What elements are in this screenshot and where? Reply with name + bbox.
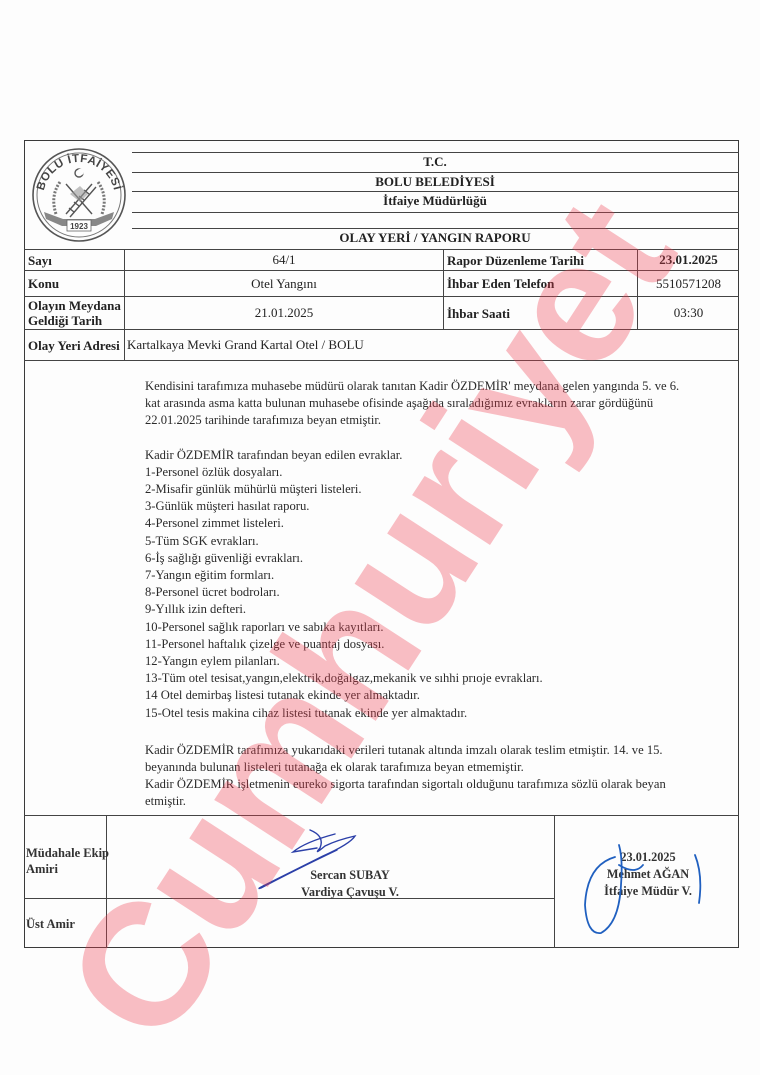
list-item: 3-Günlük müşteri hasılat raporu. (145, 498, 730, 515)
closing-line: etmiştir. (145, 793, 730, 810)
signer-left-name: Sercan SUBAY (250, 867, 450, 884)
label-olay-tarihi-line2: Geldiği Tarih (28, 313, 102, 328)
list-item: 4-Personel zimmet listeleri. (145, 515, 730, 532)
value-rapor-tarihi: 23.01.2025 (638, 250, 739, 270)
label-line: Müdahale Ekip (26, 845, 109, 861)
label-line: Amiri (26, 861, 109, 877)
value-ihbar-saati: 03:30 (638, 297, 739, 329)
label-rapor-tarihi: Rapor Düzenleme Tarihi (444, 250, 637, 270)
list-item: 7-Yangın eğitim formları. (145, 567, 730, 584)
svg-text:1923: 1923 (70, 222, 88, 231)
list-item: 2-Misafir günlük mühürlü müşteri listele… (145, 481, 730, 498)
label-sayi: Sayı (25, 250, 124, 270)
header-rule (132, 228, 739, 229)
label-konu: Konu (25, 271, 124, 296)
label-ust-amir: Üst Amir (26, 916, 75, 932)
list-item: 5-Tüm SGK evrakları. (145, 533, 730, 550)
label-ihbar-saati: İhbar Saati (444, 297, 637, 329)
header-rule (132, 152, 739, 153)
list-item: 14 Otel demirbaş listesi tutanak ekinde … (145, 687, 730, 704)
report-title: OLAY YERİ / YANGIN RAPORU (130, 230, 740, 246)
value-ihbar-telefon: 5510571208 (638, 271, 739, 296)
signature-col-divider (554, 815, 555, 948)
list-item: 13-Tüm otel tesisat,yangın,elektrik,doğa… (145, 670, 730, 687)
signature-top-rule (24, 815, 739, 816)
list-item: 9-Yıllık izin defteri. (145, 601, 730, 618)
header-tc: T.C. (130, 154, 740, 170)
value-konu: Otel Yangını (125, 271, 443, 296)
signature-col-divider (106, 815, 107, 948)
closing-line: Kadir ÖZDEMİR tarafımıza yukarıdaki veri… (145, 742, 730, 759)
intro-line: kat arasında asma katta bulunan muhasebe… (145, 395, 730, 412)
header-municipality: BOLU BELEDİYESİ (130, 174, 740, 190)
value-olay-tarihi: 21.01.2025 (125, 297, 443, 329)
label-mudahale-ekip-amiri: Müdahale Ekip Amiri (26, 845, 109, 877)
header-department: İtfaiye Müdürlüğü (130, 193, 740, 209)
table-rule (24, 360, 739, 361)
list-title: Kadir ÖZDEMİR tarafından beyan edilen ev… (145, 447, 730, 464)
header-rule (132, 172, 739, 173)
header-rule (132, 212, 739, 213)
list-item: 11-Personel haftalık çizelge ve puantaj … (145, 636, 730, 653)
label-olay-yeri-adresi: Olay Yeri Adresi (25, 330, 124, 360)
header-rule (132, 191, 739, 192)
closing-line: Kadir ÖZDEMİR işletmenin eureko sigorta … (145, 776, 730, 793)
list-item: 8-Personel ücret bodroları. (145, 584, 730, 601)
intro-line: Kendisini tarafımıza muhasebe müdürü ola… (145, 378, 730, 395)
list-item: 10-Personel sağlık raporları ve sabıka k… (145, 619, 730, 636)
report-page: BOLU İTFAİYESİ 1923 (0, 0, 760, 1075)
list-item: 6-İş sağlığı güvenliği evrakları. (145, 550, 730, 567)
fire-department-emblem-icon: BOLU İTFAİYESİ 1923 (30, 146, 128, 244)
value-olay-yeri-adresi: Kartalkaya Mevki Grand Kartal Otel / BOL… (127, 330, 727, 360)
value-sayi: 64/1 (125, 250, 443, 270)
label-olay-tarihi: Olayın Meydana Geldiği Tarih (25, 297, 124, 329)
list-item: 15-Otel tesis makina cihaz listesi tutan… (145, 705, 730, 722)
closing-line: beyanında bulunan listeleri tutanağa ek … (145, 759, 730, 776)
signature-ink-right (575, 835, 715, 945)
label-ihbar-telefon: İhbar Eden Telefon (444, 271, 637, 296)
signer-left-title: Vardiya Çavuşu V. (250, 884, 450, 901)
list-item: 12-Yangın eylem pilanları. (145, 653, 730, 670)
list-item: 1-Personel özlük dosyaları. (145, 464, 730, 481)
report-body: Kendisini tarafımıza muhasebe müdürü ola… (145, 378, 730, 811)
label-olay-tarihi-line1: Olayın Meydana (28, 298, 121, 313)
intro-line: 22.01.2025 tarihinde tarafımıza beyan et… (145, 412, 730, 429)
